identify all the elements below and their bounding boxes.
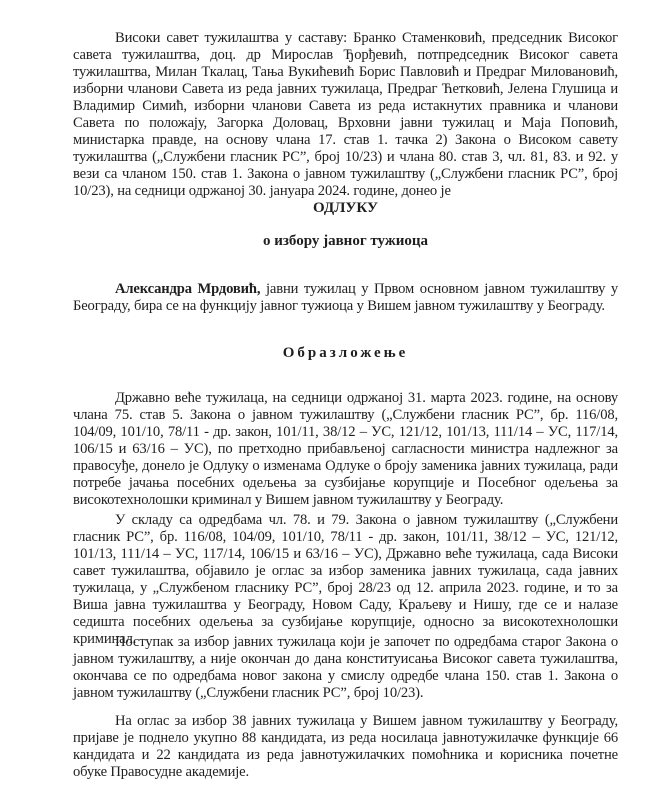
reasoning-title: Образложење bbox=[73, 345, 618, 362]
preamble-paragraph: Високи савет тужилаштва у саставу: Бранк… bbox=[73, 30, 618, 200]
decision-paragraph: Александра Мрдовић, јавни тужилац у Прво… bbox=[73, 281, 618, 315]
document-page: Високи савет тужилаштва у саставу: Бранк… bbox=[0, 0, 653, 801]
reasoning-paragraph-1: Државно веће тужилаца, на седници одржан… bbox=[73, 390, 618, 509]
decision-subtitle: о избору јавног тужиоца bbox=[73, 233, 618, 250]
reasoning-paragraph-4: На оглас за избор 38 јавних тужилаца у В… bbox=[73, 713, 618, 781]
reasoning-paragraph-2: У складу са одредбама чл. 78. и 79. Зако… bbox=[73, 512, 618, 648]
appointee-name: Александра Мрдовић, bbox=[115, 281, 260, 297]
reasoning-paragraph-3: Поступак за избор јавних тужилаца који ј… bbox=[73, 634, 618, 702]
decision-title: ОДЛУКУ bbox=[73, 200, 618, 217]
